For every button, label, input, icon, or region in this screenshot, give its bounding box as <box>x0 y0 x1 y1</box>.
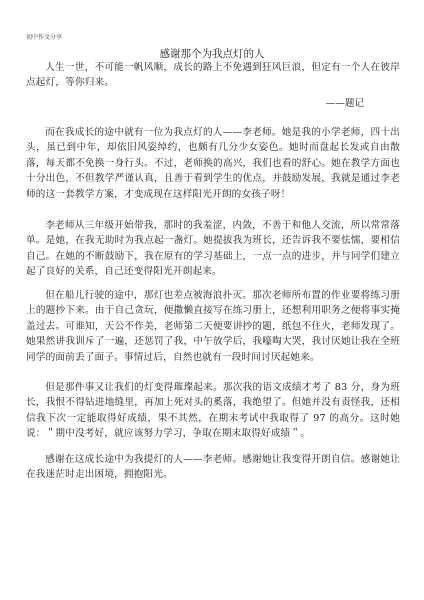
header-label: 初中作文分享 <box>26 32 62 41</box>
epigraph: 人生一世，不可能一帆风顺，成长的路上不免遇到狂风巨浪，但定有一个人在彼岸点起灯，… <box>26 60 400 91</box>
epigraph-signature: ——题记 <box>326 95 364 109</box>
document-page: 初中作文分享 感谢那个为我点灯的人 人生一世，不可能一帆风顺，成长的路上不免遇到… <box>0 0 424 600</box>
essay-title: 感谢那个为我点灯的人 <box>0 46 424 61</box>
paragraph-1: 而在我成长的途中就有一位为我点灯的人——李老师。她是我的小学老师，四十出头，虽已… <box>26 125 400 202</box>
paragraph-2: 李老师从三年级开始带我，那时的我羞涩，内敛，不善于和他人交流，所以常常落单。是她… <box>26 218 400 280</box>
paragraph-4: 但是那件事又让我们的灯变得璀璨起来。那次我的语文成绩才考了 83 分，身为班长，… <box>26 380 400 442</box>
paragraph-3: 但在船儿行驶的途中，那灯也差点被海浪扑灭。那次老师所布置的作业要将练习册上的题抄… <box>26 288 400 365</box>
paragraph-5: 感谢在这成长途中为我提灯的人——李老师。感谢她让我变得开朗自信。感谢她让在我迷茫… <box>26 452 400 483</box>
